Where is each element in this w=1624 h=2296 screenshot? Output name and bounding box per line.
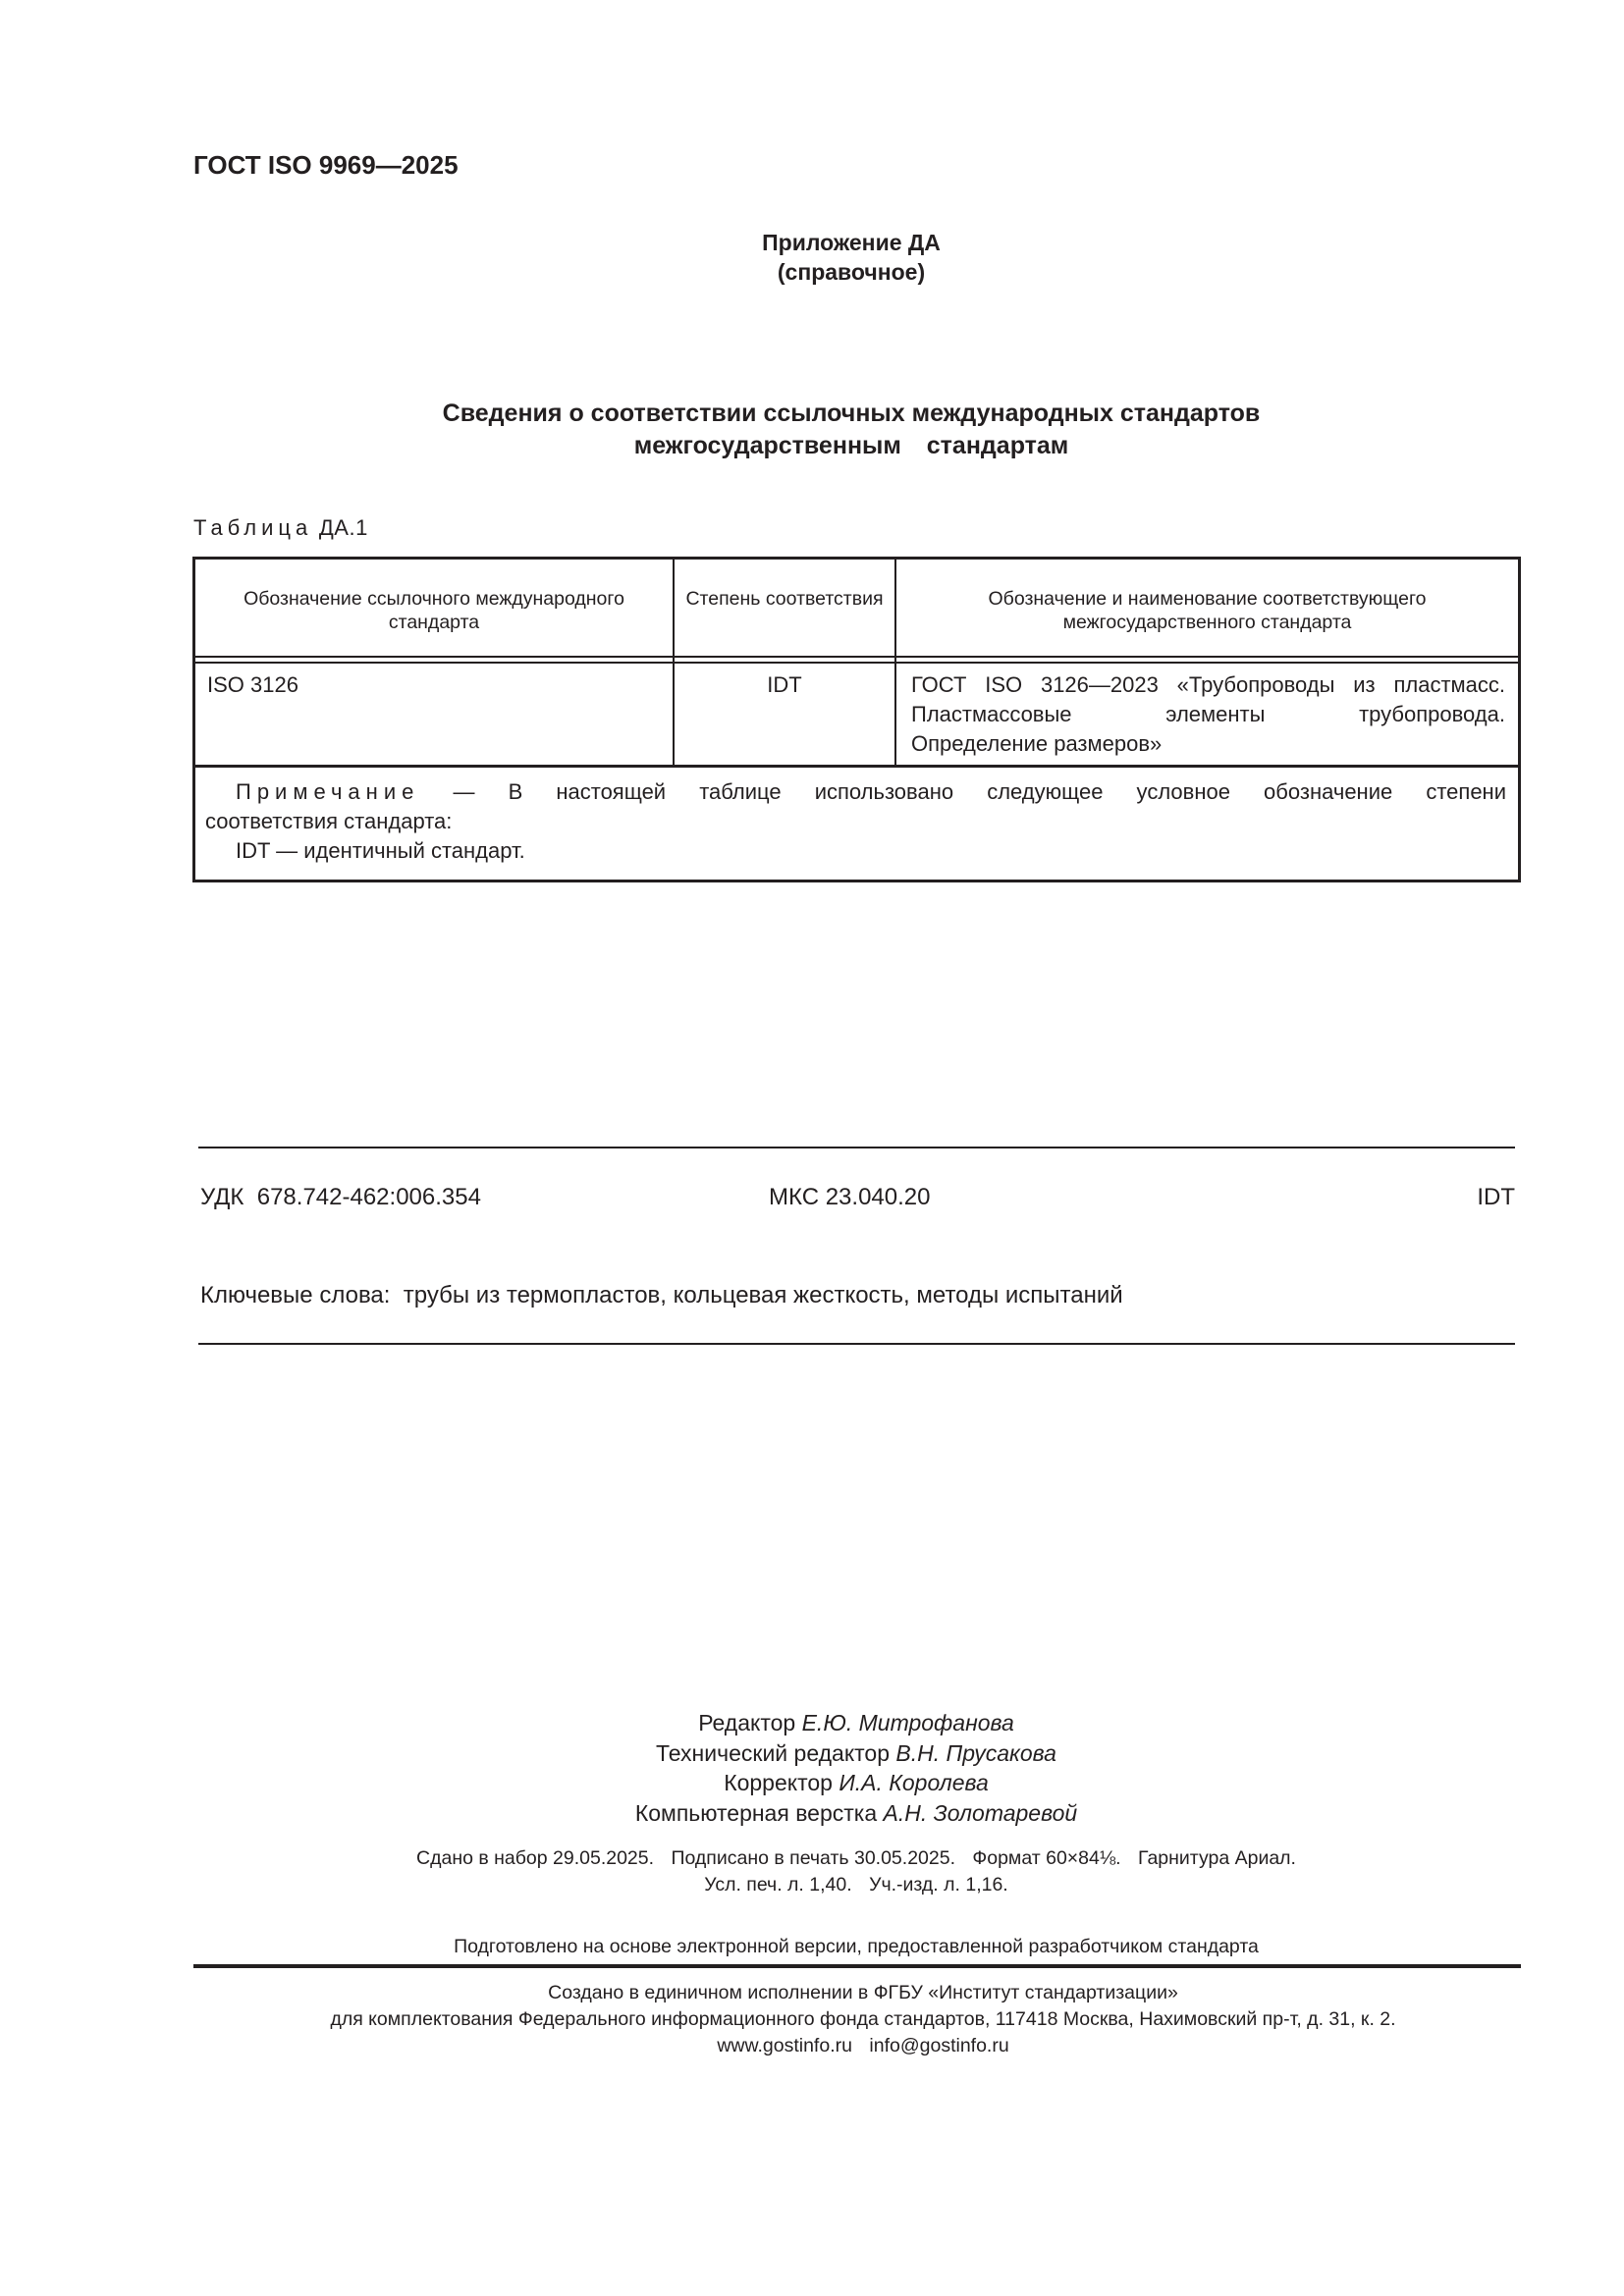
print-sheets: Усл. печ. л. 1,40. <box>704 1874 851 1896</box>
table-caption-word: Таблица <box>193 515 312 540</box>
column-header-degree: Степень соответствия <box>675 587 894 611</box>
publisher-contacts: www.gostinfo.ru info@gostinfo.ru <box>0 2033 1624 2059</box>
header-divider <box>195 662 1518 664</box>
paper-format: Формат 60×84⅛. <box>972 1847 1120 1869</box>
print-info: Сдано в набор 29.05.2025. Подписано в пе… <box>0 1845 1624 1898</box>
mks-code: МКС 23.040.20 <box>769 1184 930 1211</box>
typeset-date: Сдано в набор 29.05.2025. <box>416 1847 654 1869</box>
section-heading-line1: Сведения о соответствии ссылочных междун… <box>0 398 1624 430</box>
udk-code: УДК 678.742-462:006.354 <box>200 1184 481 1211</box>
note-line1: Примечание — В настоящей таблице использ… <box>205 777 1506 807</box>
credit-role: Корректор <box>724 1770 833 1795</box>
credit-name: А.Н. Золотаревой <box>884 1800 1078 1826</box>
interstate-line2: Пластмассовые элементы трубопровода. <box>911 700 1505 729</box>
signed-date: Подписано в печать 30.05.2025. <box>671 1847 955 1869</box>
cell-degree: IDT <box>675 670 894 700</box>
interstate-line3: Определение размеров» <box>911 729 1505 759</box>
print-info-line1: Сдано в набор 29.05.2025. Подписано в пе… <box>0 1845 1624 1872</box>
horizontal-rule <box>198 1147 1515 1148</box>
table-caption-number: ДА.1 <box>319 515 368 540</box>
row-divider <box>195 765 1518 768</box>
credit-name: В.Н. Прусакова <box>895 1740 1056 1766</box>
credit-editor: Редактор Е.Ю. Митрофанова <box>0 1708 1624 1738</box>
section-heading-line2: межгосударственным стандартам <box>0 430 1624 462</box>
table-caption: Таблица ДА.1 <box>193 515 368 541</box>
website-link[interactable]: www.gostinfo.ru <box>717 2035 852 2056</box>
cell-international-standard: ISO 3126 <box>207 670 669 700</box>
footer-rule <box>193 1964 1521 1968</box>
email-link[interactable]: info@gostinfo.ru <box>869 2035 1008 2056</box>
publisher-line2: для комплектования Федерального информац… <box>0 2006 1624 2033</box>
print-info-line2: Усл. печ. л. 1,40. Уч.-изд. л. 1,16. <box>0 1872 1624 1898</box>
annex-subtitle: (справочное) <box>0 257 1624 287</box>
cell-interstate-standard: ГОСТ ISO 3126—2023 «Трубопроводы из плас… <box>911 670 1505 759</box>
note-label: Примечание <box>236 779 419 804</box>
credit-role: Компьютерная верстка <box>635 1800 877 1826</box>
credit-name: Е.Ю. Митрофанова <box>802 1710 1014 1735</box>
correspondence-table: Обозначение ссылочного международного ст… <box>192 557 1521 882</box>
header-divider <box>195 656 1518 658</box>
prepared-note: Подготовлено на основе электронной верси… <box>0 1936 1624 1958</box>
column-header-interstate: Обозначение и наименование соответствующ… <box>896 587 1518 634</box>
column-header-international: Обозначение ссылочного международного ст… <box>195 587 673 634</box>
credit-layout: Компьютерная верстка А.Н. Золотаревой <box>0 1798 1624 1829</box>
credit-role: Технический редактор <box>656 1740 890 1766</box>
interstate-line1: ГОСТ ISO 3126—2023 «Трубопроводы из плас… <box>911 670 1505 700</box>
credit-tech-editor: Технический редактор В.Н. Прусакова <box>0 1738 1624 1769</box>
horizontal-rule <box>198 1343 1515 1345</box>
typeface: Гарнитура Ариал. <box>1138 1847 1296 1869</box>
section-heading: Сведения о соответствии ссылочных междун… <box>0 398 1624 462</box>
table-note: Примечание — В настоящей таблице использ… <box>205 777 1506 866</box>
credits: Редактор Е.Ю. Митрофанова Технический ре… <box>0 1708 1624 1828</box>
publisher-info: Создано в единичном исполнении в ФГБУ «И… <box>0 1980 1624 2059</box>
publisher-line1: Создано в единичном исполнении в ФГБУ «И… <box>0 1980 1624 2006</box>
publ-sheets: Уч.-изд. л. 1,16. <box>869 1874 1008 1896</box>
credit-role: Редактор <box>698 1710 795 1735</box>
annex-heading: Приложение ДА (справочное) <box>0 228 1624 287</box>
keywords: Ключевые слова: трубы из термопластов, к… <box>200 1282 1123 1309</box>
degree-code: IDT <box>1477 1184 1515 1211</box>
document-code: ГОСТ ISO 9969—2025 <box>193 150 459 181</box>
note-line2: соответствия стандарта: <box>205 807 1506 836</box>
credit-name: И.А. Королева <box>839 1770 988 1795</box>
note-line3: IDT — идентичный стандарт. <box>205 836 1506 866</box>
credit-proofreader: Корректор И.А. Королева <box>0 1768 1624 1798</box>
note-text: — В настоящей таблице использовано следу… <box>419 779 1506 804</box>
annex-title: Приложение ДА <box>0 228 1624 257</box>
